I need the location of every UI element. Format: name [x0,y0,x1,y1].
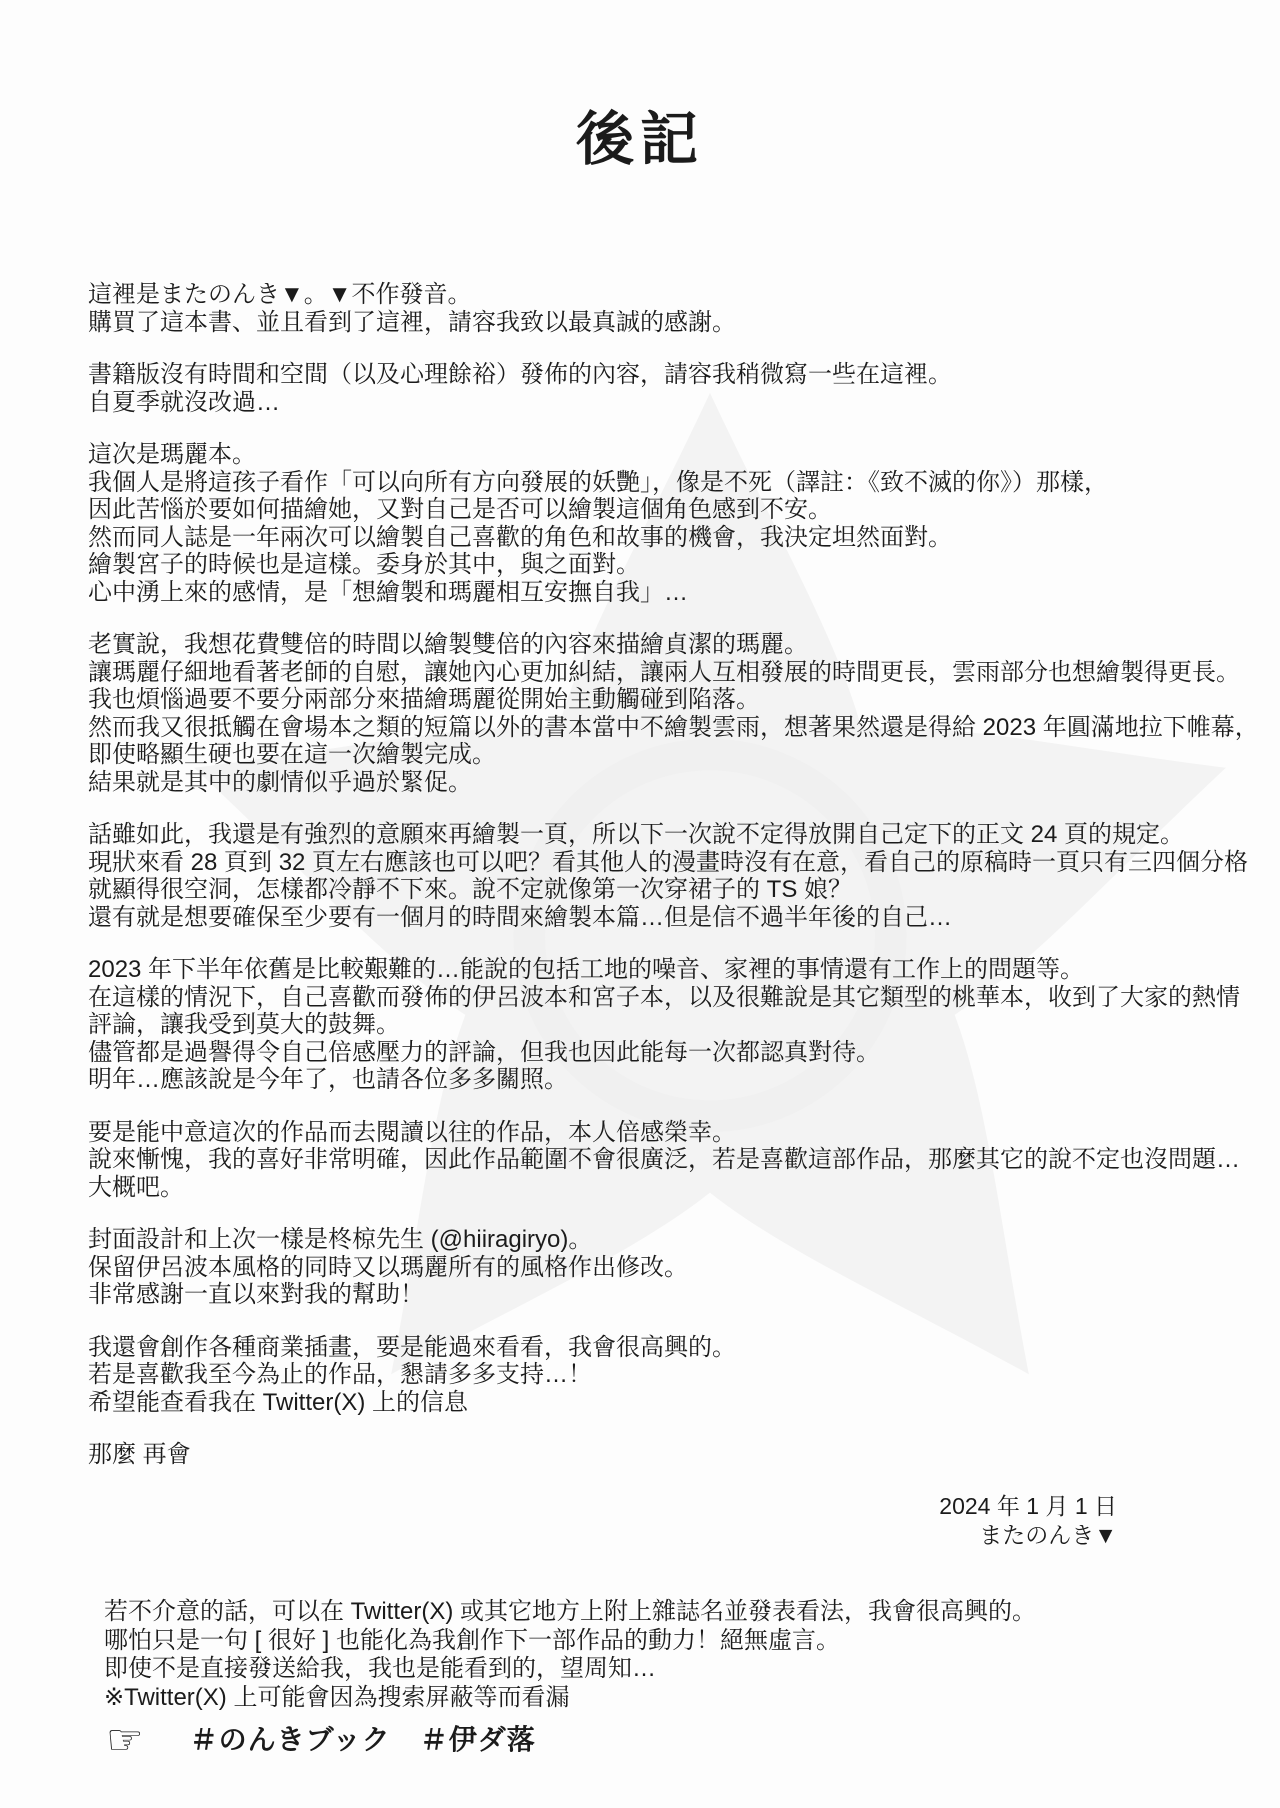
page-title: 後記 [0,92,1280,176]
text-line: 說來慚愧，我的喜好非常明確，因此作品範圍不會很廣泛，若是喜歡這部作品，那麼其它的… [88,1146,1238,1174]
text-line: 因此苦惱於要如何描繪她，又對自己是否可以繪製這個角色感到不安。 [88,496,1238,524]
text-line: 非常感謝一直以來對我的幫助！ [88,1281,1238,1309]
text-line: 結果就是其中的劇情似乎過於緊促。 [88,769,1238,797]
paragraph: 這次是瑪麗本。我個人是將這孩子看作「可以向所有方向發展的妖艷」，像是不死（譯註：… [88,441,1238,606]
text-line: 書籍版沒有時間和空間（以及心理餘裕）發佈的內容，請容我稍微寫一些在這裡。 [88,361,1238,389]
paragraph: 2023 年下半年依舊是比較艱難的…能說的包括工地的噪音、家裡的事情還有工作上的… [88,956,1238,1094]
text-line: 明年…應該說是今年了，也請各位多多關照。 [88,1066,1238,1094]
signoff-date: 2024 年 1 月 1 日 [939,1492,1117,1521]
text-line: 讓瑪麗仔細地看著老師的自慰，讓她內心更加糾結，讓兩人互相發展的時間更長，雲雨部分… [88,659,1238,687]
paragraph: 老實說，我想花費雙倍的時間以繪製雙倍的內容來描繪貞潔的瑪麗。讓瑪麗仔細地看著老師… [88,631,1238,796]
signoff-name: またのんき▼ [939,1521,1117,1550]
text-line: 我個人是將這孩子看作「可以向所有方向發展的妖艷」，像是不死（譯註：《致不滅的你》… [88,469,1238,497]
text-line: 就顯得很空洞，怎樣都冷靜不下來。說不定就像第一次穿裙子的 TS 娘？ [88,876,1238,904]
footer-line: ※Twitter(X) 上可能會因為搜索屏蔽等而看漏 [104,1684,1224,1713]
paragraph: 我還會創作各種商業插畫，要是能過來看看，我會很高興的。若是喜歡我至今為止的作品，… [88,1334,1238,1417]
text-line: 然而同人誌是一年兩次可以繪製自己喜歡的角色和故事的機會，我決定坦然面對。 [88,524,1238,552]
hashtag-row: ☞ ＃のんきブック ＃伊ダ落 [104,1722,1224,1758]
text-line: 還有就是想要確保至少要有一個月的時間來繪製本篇…但是信不過半年後的自己… [88,904,1238,932]
text-line: 大概吧。 [88,1174,1238,1202]
text-line: 保留伊呂波本風格的同時又以瑪麗所有的風格作出修改。 [88,1254,1238,1282]
text-line: 我也煩惱過要不要分兩部分來描繪瑪麗從開始主動觸碰到陷落。 [88,686,1238,714]
paragraph: 這裡是またのんき▼。▼不作發音。購買了這本書、並且看到了這裡，請容我致以最真誠的… [88,281,1238,336]
text-line: 我還會創作各種商業插畫，要是能過來看看，我會很高興的。 [88,1334,1238,1362]
text-line: 儘管都是過譽得令自己倍感壓力的評論，但我也因此能每一次都認真對待。 [88,1039,1238,1067]
afterword-body: 這裡是またのんき▼。▼不作發音。購買了這本書、並且看到了這裡，請容我致以最真誠的… [88,281,1238,1494]
text-line: 這裡是またのんき▼。▼不作發音。 [88,281,1238,309]
text-line: 購買了這本書、並且看到了這裡，請容我致以最真誠的感謝。 [88,309,1238,337]
hashtags-text: ＃のんきブック ＃伊ダ落 [190,1726,536,1755]
footer-note: 若不介意的話，可以在 Twitter(X) 或其它地方上附上雜誌名並發表看法，我… [104,1598,1224,1758]
text-line: 這次是瑪麗本。 [88,441,1238,469]
footer-lines: 若不介意的話，可以在 Twitter(X) 或其它地方上附上雜誌名並發表看法，我… [104,1598,1224,1712]
paragraph: 書籍版沒有時間和空間（以及心理餘裕）發佈的內容，請容我稍微寫一些在這裡。自夏季就… [88,361,1238,416]
footer-line: 即使不是直接發送給我，我也是能看到的，望周知… [104,1655,1224,1684]
text-line: 2023 年下半年依舊是比較艱難的…能說的包括工地的噪音、家裡的事情還有工作上的… [88,956,1238,984]
text-line: 心中湧上來的感情，是「想繪製和瑪麗相互安撫自我」… [88,579,1238,607]
paragraph: 話雖如此，我還是有強烈的意願來再繪製一頁，所以下一次說不定得放開自己定下的正文 … [88,821,1238,931]
pointing-hand-icon: ☞ [106,1722,144,1758]
text-line: 繪製宮子的時候也是這樣。委身於其中，與之面對。 [88,551,1238,579]
text-line: 老實說，我想花費雙倍的時間以繪製雙倍的內容來描繪貞潔的瑪麗。 [88,631,1238,659]
paragraph: 那麼 再會 [88,1441,1238,1469]
signoff-block: 2024 年 1 月 1 日 またのんき▼ [939,1492,1117,1550]
text-line: 要是能中意這次的作品而去閱讀以往的作品，本人倍感榮幸。 [88,1119,1238,1147]
text-line: 評論，讓我受到莫大的鼓舞。 [88,1011,1238,1039]
text-line: 即使略顯生硬也要在這一次繪製完成。 [88,741,1238,769]
text-line: 現狀來看 28 頁到 32 頁左右應該也可以吧？看其他人的漫畫時沒有在意，看自己… [88,849,1238,877]
footer-line: 若不介意的話，可以在 Twitter(X) 或其它地方上附上雜誌名並發表看法，我… [104,1598,1224,1627]
footer-line: 哪怕只是一句 [ 很好 ] 也能化為我創作下一部作品的動力！絕無虛言。 [104,1627,1224,1656]
text-line: 封面設計和上次一樣是柊椋先生 (@hiiragiryo)。 [88,1226,1238,1254]
afterword-page: 後記 這裡是またのんき▼。▼不作發音。購買了這本書、並且看到了這裡，請容我致以最… [0,0,1280,1808]
text-line: 希望能查看我在 Twitter(X) 上的信息 [88,1389,1238,1417]
text-line: 若是喜歡我至今為止的作品，懇請多多支持…！ [88,1361,1238,1389]
text-line: 在這樣的情況下，自己喜歡而發佈的伊呂波本和宮子本，以及很難說是其它類型的桃華本，… [88,984,1238,1012]
paragraph: 要是能中意這次的作品而去閱讀以往的作品，本人倍感榮幸。說來慚愧，我的喜好非常明確… [88,1119,1238,1202]
paragraph: 封面設計和上次一樣是柊椋先生 (@hiiragiryo)。保留伊呂波本風格的同時… [88,1226,1238,1309]
text-line: 自夏季就沒改過… [88,389,1238,417]
text-line: 那麼 再會 [88,1441,1238,1469]
text-line: 話雖如此，我還是有強烈的意願來再繪製一頁，所以下一次說不定得放開自己定下的正文 … [88,821,1238,849]
text-line: 然而我又很抵觸在會場本之類的短篇以外的書本當中不繪製雲雨，想著果然還是得給 20… [88,714,1238,742]
